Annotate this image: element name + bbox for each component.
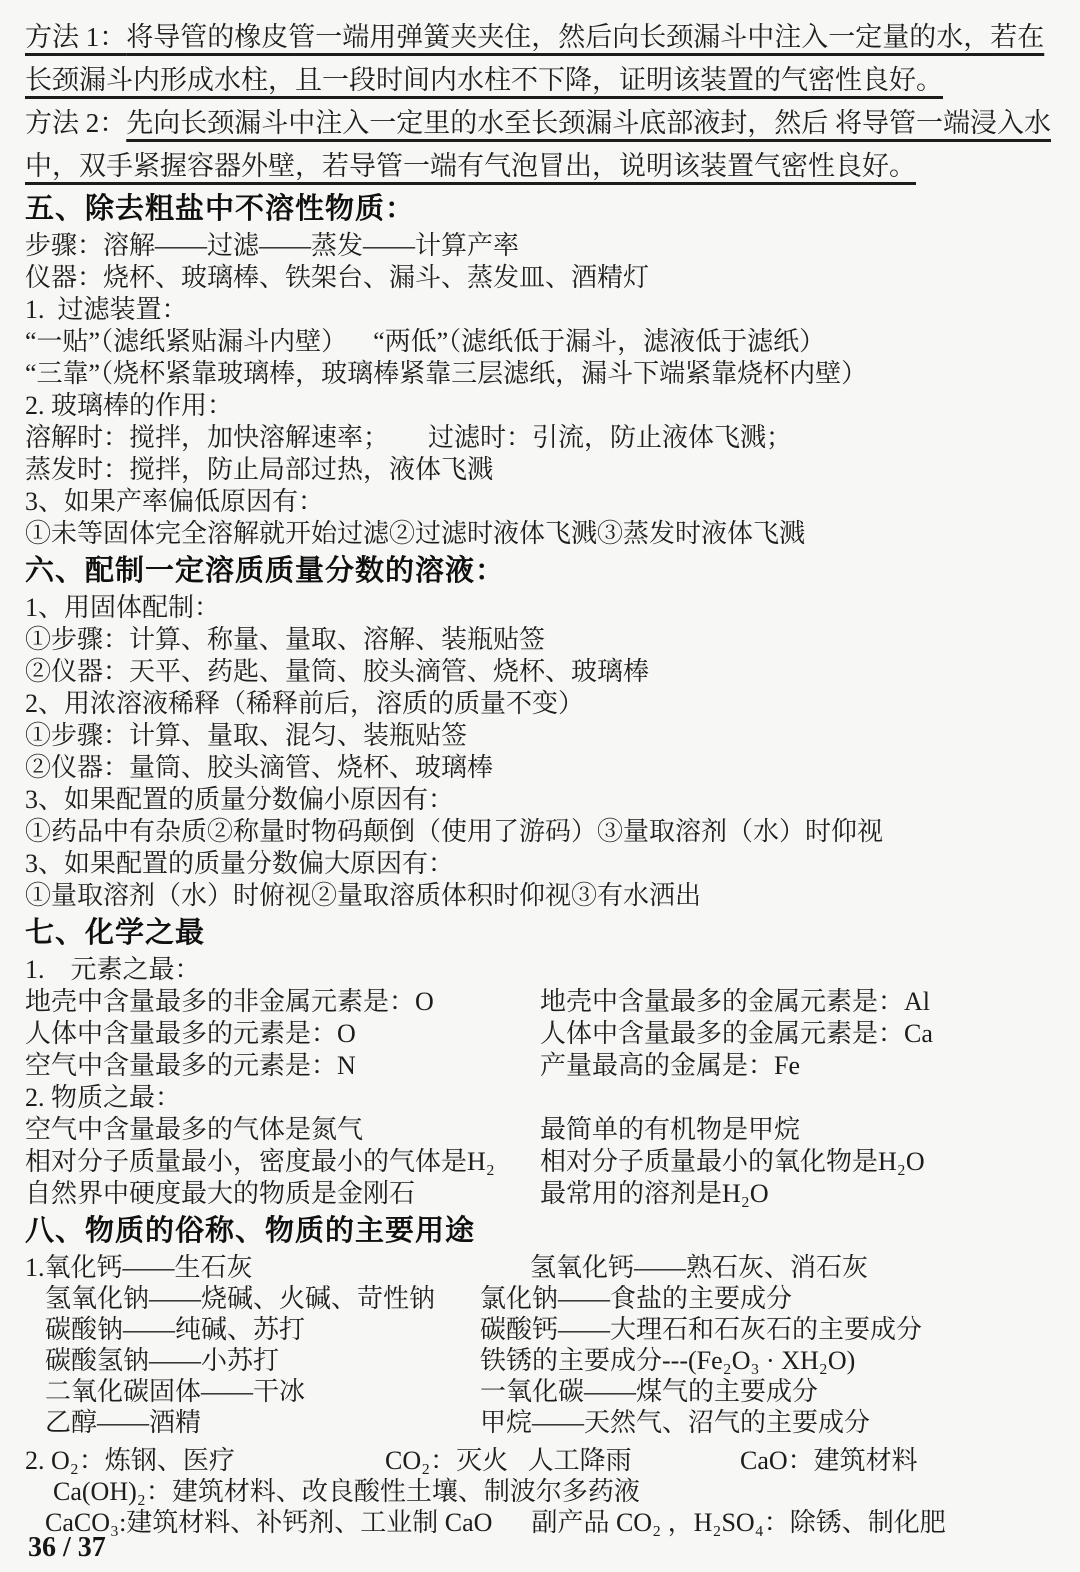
section6-heading: 六、配制一定溶质质量分数的溶液： — [25, 552, 1058, 590]
use-caco3-line: CaCO₃:建筑材料、补钙剂、工业制 CaO 副产品 CO₂ ，H₂SO₄：除锈… — [25, 1507, 1058, 1538]
section6-line-highfrac-title: 3、如果配置的质量分数偏大原因有： — [25, 848, 1058, 880]
section7-elements-row: 地壳中含量最多的非金属元素是：O地壳中含量最多的金属元素是：Al — [25, 986, 1058, 1018]
section7-substances-row: 空气中含量最多的气体是氮气最简单的有机物是甲烷 — [25, 1114, 1058, 1146]
section7-elements-row: 人体中含量最多的元素是：O人体中含量最多的金属元素是：Ca — [25, 1018, 1058, 1050]
alias-row: 氢氧化钠——烧碱、火碱、苛性钠氯化钠——食盐的主要成分 — [25, 1283, 1058, 1314]
section5-line-sankao: “三靠”（烧杯紧靠玻璃棒，玻璃棒紧靠三层滤纸，漏斗下端紧靠烧杯内壁） — [25, 358, 1058, 390]
section6-line-solid-title: 1、用固体配制： — [25, 592, 1058, 624]
section7-heading: 七、化学之最 — [25, 914, 1058, 952]
alias-right: 碳酸钙——大理石和石灰石的主要成分 — [480, 1314, 1058, 1345]
section7-substances-row: 自然界中硬度最大的物质是金刚石最常用的溶剂是H₂O — [25, 1178, 1058, 1210]
airtightness-method1-paragraph: 方法 1：将导管的橡皮管一端用弹簧夹夹住，然后向长颈漏斗中注入一定量的水，若在长… — [25, 16, 1058, 102]
section6-line-dilute-title: 2、用浓溶液稀释（稀释前后，溶质的质量不变） — [25, 688, 1058, 720]
element-fact-right: 人体中含量最多的金属元素是：Ca — [540, 1018, 1058, 1050]
section5-line-glassrod-title: 2. 玻璃棒的作用： — [25, 390, 1058, 422]
section5-line-instruments: 仪器：烧杯、玻璃棒、铁架台、漏斗、蒸发皿、酒精灯 — [25, 262, 1058, 294]
alias-left: 碳酸钠——纯碱、苏打 — [25, 1314, 480, 1345]
substance-fact-left: 相对分子质量最小，密度最小的气体是H₂ — [25, 1146, 540, 1178]
alias-row: 碳酸氢钠——小苏打铁锈的主要成分---(Fe₂O₃ · XH₂O) — [25, 1345, 1058, 1376]
method1-label: 方法 1： — [25, 22, 126, 52]
section7-elements-row: 空气中含量最多的元素是：N产量最高的金属是：Fe — [25, 1050, 1058, 1082]
element-fact-right: 地壳中含量最多的金属元素是：Al — [540, 986, 1058, 1018]
page-number: 36 / 37 — [28, 1532, 106, 1564]
method2-label: 方法 2： — [25, 108, 126, 138]
alias-row: 二氧化碳固体——干冰一氧化碳——煤气的主要成分 — [25, 1376, 1058, 1407]
substance-fact-left: 空气中含量最多的气体是氮气 — [25, 1114, 540, 1146]
substance-fact-left: 自然界中硬度最大的物质是金刚石 — [25, 1178, 540, 1210]
section7-substances-subtitle: 2. 物质之最： — [25, 1082, 1058, 1114]
section5-heading: 五、除去粗盐中不溶性物质： — [25, 190, 1058, 228]
section6-line-lowfrac-reasons: ①药品中有杂质②称量时物码颠倒（使用了游码）③量取溶剂（水）时仰视 — [25, 816, 1058, 848]
uses-row: 2. O₂：炼钢、医疗CO₂：灭火 人工降雨CaO：建筑材料 — [25, 1445, 1058, 1476]
alias-left: 乙醇——酒精 — [25, 1407, 480, 1438]
alias-right: 甲烷——天然气、沼气的主要成分 — [480, 1407, 1058, 1438]
section6-line-solid-instruments: ②仪器：天平、药匙、量筒、胶头滴管、烧杯、玻璃棒 — [25, 656, 1058, 688]
section7-substances-row: 相对分子质量最小，密度最小的气体是H₂相对分子质量最小的氧化物是H₂O — [25, 1146, 1058, 1178]
use-co2: CO₂：灭火 人工降雨 — [385, 1445, 740, 1476]
section6-line-solid-steps: ①步骤：计算、称量、量取、溶解、装瓶贴签 — [25, 624, 1058, 656]
section6-line-dilute-instruments: ②仪器：量筒、胶头滴管、烧杯、玻璃棒 — [25, 752, 1058, 784]
use-cao: CaO：建筑材料 — [740, 1445, 1058, 1476]
substance-fact-right: 最简单的有机物是甲烷 — [540, 1114, 1058, 1146]
alias-row: 1.氧化钙——生石灰氢氧化钙——熟石灰、消石灰 — [25, 1252, 1058, 1283]
section8-heading: 八、物质的俗称、物质的主要用途 — [25, 1212, 1058, 1250]
section5-line-yitie-liangdi: “一贴”（滤纸紧贴漏斗内壁） “两低”（滤纸低于漏斗，滤液低于滤纸） — [25, 326, 1058, 358]
alias-right: 氯化钠——食盐的主要成分 — [480, 1283, 1058, 1314]
alias-left: 碳酸氢钠——小苏打 — [25, 1345, 480, 1376]
use-oxygen: 2. O₂：炼钢、医疗 — [25, 1445, 385, 1476]
section5-line-lowyield-title: 3、如果产率偏低原因有： — [25, 486, 1058, 518]
method2-text: 先向长颈漏斗中注入一定里的水至长颈漏斗底部液封，然后 将导管一端浸入水中，双手紧… — [25, 108, 1051, 181]
alias-right: 铁锈的主要成分---(Fe₂O₃ · XH₂O) — [480, 1345, 1058, 1376]
substance-fact-right: 最常用的溶剂是H₂O — [540, 1178, 1058, 1210]
method1-text: 将导管的橡皮管一端用弹簧夹夹住，然后向长颈漏斗中注入一定量的水，若在长颈漏斗内形… — [25, 22, 1044, 95]
document-page: 方法 1：将导管的橡皮管一端用弹簧夹夹住，然后向长颈漏斗中注入一定量的水，若在长… — [0, 0, 1080, 1572]
section6-line-dilute-steps: ①步骤：计算、量取、混匀、装瓶贴签 — [25, 720, 1058, 752]
section6-line-highfrac-reasons: ①量取溶剂（水）时俯视②量取溶质体积时仰视③有水洒出 — [25, 880, 1058, 912]
section7-elements-subtitle: 1. 元素之最： — [25, 954, 1058, 986]
alias-row: 碳酸钠——纯碱、苏打碳酸钙——大理石和石灰石的主要成分 — [25, 1314, 1058, 1345]
use-caoh2-line: Ca(OH)₂：建筑材料、改良酸性土壤、制波尔多药液 — [25, 1476, 1058, 1507]
element-fact-left: 人体中含量最多的元素是：O — [25, 1018, 540, 1050]
element-fact-left: 空气中含量最多的元素是：N — [25, 1050, 540, 1082]
section5-line-lowyield-reasons: ①未等固体完全溶解就开始过滤②过滤时液体飞溅③蒸发时液体飞溅 — [25, 518, 1058, 550]
element-fact-left: 地壳中含量最多的非金属元素是：O — [25, 986, 540, 1018]
alias-right: 一氧化碳——煤气的主要成分 — [480, 1376, 1058, 1407]
alias-right: 氢氧化钙——熟石灰、消石灰 — [480, 1252, 1058, 1283]
element-fact-right: 产量最高的金属是：Fe — [540, 1050, 1058, 1082]
section5-line-dissolve-filter: 溶解时：搅拌，加快溶解速率； 过滤时：引流，防止液体飞溅； — [25, 422, 1058, 454]
section5-line-steps: 步骤：溶解——过滤——蒸发——计算产率 — [25, 230, 1058, 262]
alias-left: 1.氧化钙——生石灰 — [25, 1252, 480, 1283]
substance-fact-right: 相对分子质量最小的氧化物是H₂O — [540, 1146, 1058, 1178]
section6-line-lowfrac-title: 3、如果配置的质量分数偏小原因有： — [25, 784, 1058, 816]
alias-left: 氢氧化钠——烧碱、火碱、苛性钠 — [25, 1283, 480, 1314]
airtightness-method2-paragraph: 方法 2：先向长颈漏斗中注入一定里的水至长颈漏斗底部液封，然后 将导管一端浸入水… — [25, 102, 1058, 188]
section5-line-evaporate: 蒸发时：搅拌，防止局部过热，液体飞溅 — [25, 454, 1058, 486]
alias-row: 乙醇——酒精甲烷——天然气、沼气的主要成分 — [25, 1407, 1058, 1438]
section5-line-filter-title: 1. 过滤装置： — [25, 294, 1058, 326]
alias-left: 二氧化碳固体——干冰 — [25, 1376, 480, 1407]
